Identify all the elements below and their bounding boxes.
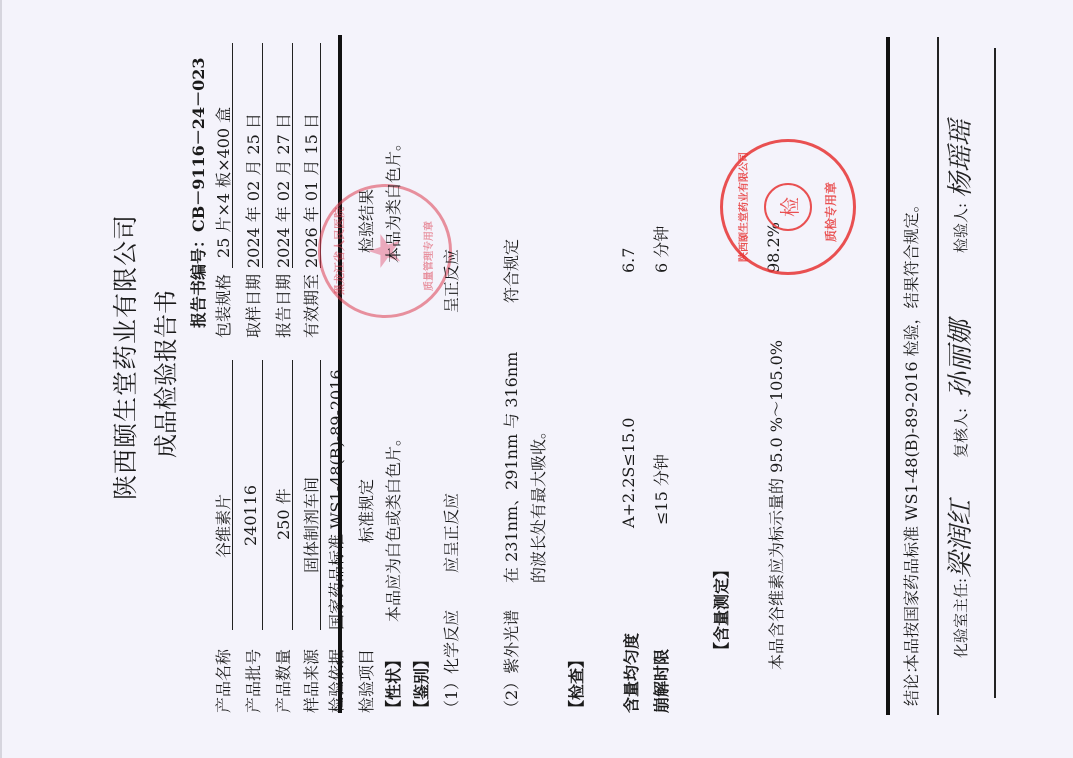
- info-label-sampling-date: 取样日期: [241, 274, 264, 338]
- info-label-package: 包装规格: [211, 274, 234, 338]
- qc-stamp: 检 陕西颐生堂药业有限公司 质检专用章: [720, 139, 856, 275]
- underline: [292, 43, 293, 268]
- underline: [232, 43, 233, 268]
- inspector-label: 检验人:: [950, 203, 971, 253]
- qc-stamp-bottom-text: 质检专用章: [822, 182, 839, 242]
- info-value-basis: 国家药品标准 WS1-48(B)-89-2016: [324, 369, 347, 630]
- section-assay: 【含量测定】: [709, 562, 732, 658]
- identification-item-2-result: 符合规定: [499, 239, 522, 303]
- info-label-expiry: 有效期至: [299, 274, 322, 338]
- info-value-source: 固体制剂车间: [299, 477, 322, 573]
- underline: [262, 360, 263, 630]
- reviewer-signature: 孙丽娜: [940, 320, 977, 398]
- section-inspection: 【检查】: [564, 652, 587, 716]
- receiver-stamp-bottom-text: 质量管理专用章: [420, 221, 435, 291]
- footer-rule: [994, 48, 996, 698]
- scan-edge: [0, 0, 2, 758]
- identification-item-1-standard: 应呈正反应: [439, 493, 462, 573]
- inspection-item-disintegration-standard: ≤15 分钟: [649, 454, 672, 525]
- col-header-item: 检验项目: [354, 649, 377, 713]
- info-value-sampling-date: 2024 年 02 月 25 日: [241, 113, 264, 268]
- underline: [262, 43, 263, 268]
- info-label-source: 样品来源: [299, 649, 322, 713]
- inspection-item-uniformity-result: 6.7: [619, 248, 638, 273]
- inspector-signature: 杨瑶瑶: [940, 120, 977, 198]
- document-title: 成品检验报告书: [146, 290, 181, 458]
- qc-stamp-top-text: 陕西颐生堂药业有限公司: [735, 152, 750, 262]
- director-signature: 梁润红: [940, 500, 977, 578]
- table-top-rule: [338, 35, 342, 713]
- assay-standard: 本品含谷维素应为标示量的 95.0 %～105.0%: [764, 340, 787, 670]
- underline: [320, 360, 321, 630]
- section-identification: 【鉴别】: [409, 652, 432, 716]
- director-label: 化验室主任:: [950, 578, 971, 658]
- inspection-item-disintegration-result: 6 分钟: [649, 226, 672, 273]
- info-value-product-name: 谷维素片: [211, 494, 234, 558]
- info-label-report-date: 报告日期: [271, 274, 294, 338]
- info-value-batch: 240116: [241, 485, 260, 546]
- report-number: 报告书编号：CB－9116－24－023: [186, 58, 209, 328]
- info-label-basis: 检验依据: [324, 649, 347, 713]
- info-value-report-date: 2024 年 02 月 27 日: [271, 113, 294, 268]
- info-value-quantity: 250 件: [271, 488, 294, 540]
- inspection-item-uniformity: 含量均匀度: [619, 633, 642, 713]
- company-name: 陕西颐生堂药业有限公司: [106, 214, 142, 500]
- conclusion-top-rule: [886, 37, 890, 715]
- receiver-stamp-top-text: 黑龙江省人民医院: [331, 207, 347, 295]
- col-header-standard: 标准规定: [354, 479, 377, 543]
- report-number-value: CB－9116－24－023: [189, 58, 208, 232]
- appearance-result: 本品为类白色片。: [381, 135, 404, 263]
- conclusion-text: 本品按国家药品标准 WS1-48(B)-89-2016 检验，结果符合规定。: [899, 196, 922, 670]
- col-header-result: 检验结果: [354, 189, 377, 253]
- report-number-label: 报告书编号：: [189, 232, 208, 328]
- inspection-item-uniformity-standard: A+2.2S≤15.0: [619, 418, 638, 528]
- info-label-quantity: 产品数量: [271, 649, 294, 713]
- info-value-package: 25 片×4 板×400 盒: [211, 107, 234, 258]
- identification-item-1-result: 呈正反应: [439, 249, 462, 313]
- appearance-standard: 本品应为白色或类白色片。: [381, 430, 404, 622]
- inspection-item-disintegration: 崩解时限: [649, 649, 672, 713]
- conclusion-bottom-rule: [937, 37, 939, 715]
- reviewer-label: 复核人:: [950, 408, 971, 458]
- underline: [232, 360, 233, 630]
- info-label-batch: 产品批号: [241, 649, 264, 713]
- section-appearance: 【性状】: [381, 652, 404, 716]
- underline: [292, 360, 293, 630]
- qc-stamp-center: 检: [764, 183, 812, 231]
- identification-item-2-standard: 在 231nm、291nm 与 316nm: [499, 352, 522, 583]
- inspection-report-page: 陕西颐生堂药业有限公司 成品检验报告书 报告书编号：CB－9116－24－023…: [0, 0, 1073, 758]
- identification-item-2-standard-line2: 的波长处有最大吸收。: [526, 423, 549, 583]
- identification-item-1: （1）化学反应: [439, 610, 462, 716]
- info-label-product-name: 产品名称: [211, 649, 234, 713]
- identification-item-2: （2）紫外光谱: [499, 610, 522, 716]
